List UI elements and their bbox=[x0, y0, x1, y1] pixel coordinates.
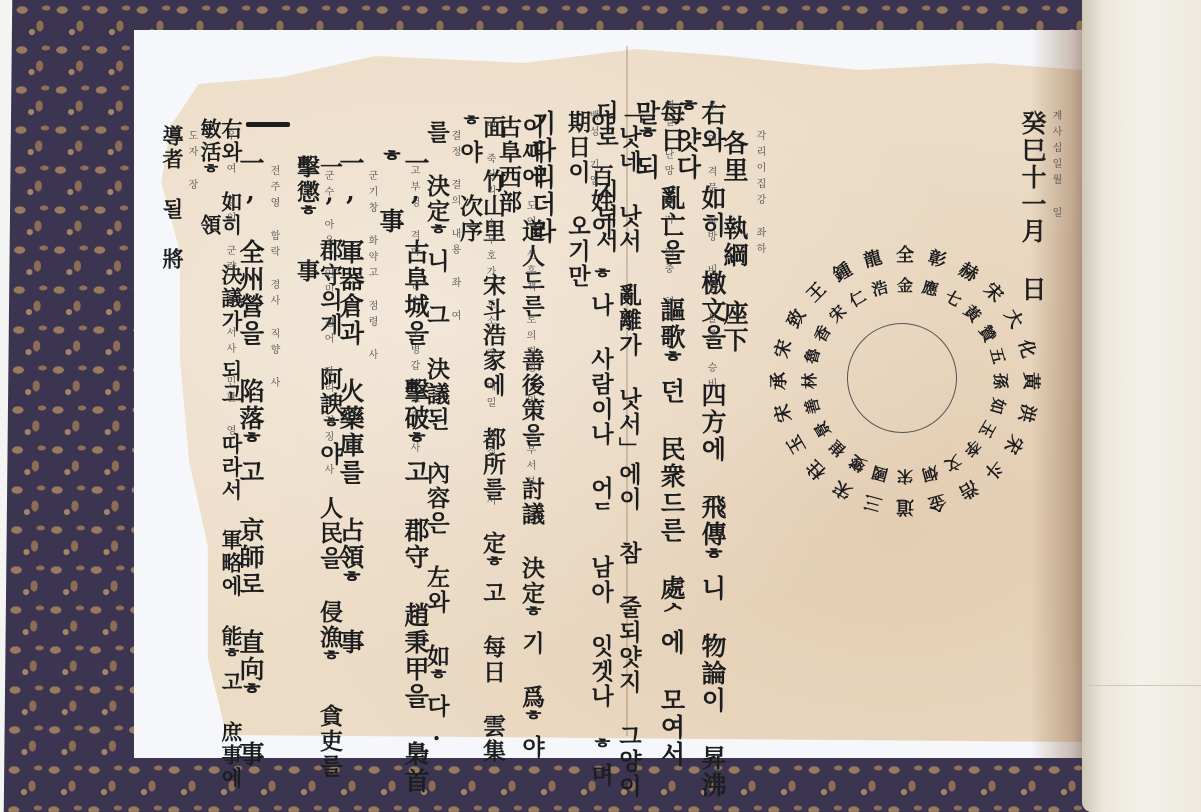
gloss: 매일 난망 구가 민중 처처 bbox=[660, 100, 675, 328]
signature-char: 炯 bbox=[915, 458, 944, 487]
signature-char: 龍 bbox=[858, 246, 887, 275]
gloss: 전주영 함락 경사 직향 사 bbox=[266, 165, 281, 393]
signature-char: 金 bbox=[923, 487, 952, 516]
signature-char: 道 bbox=[893, 494, 917, 518]
signature-char: 大 bbox=[997, 302, 1030, 335]
signature-char: 承 bbox=[768, 369, 792, 393]
signature-char: 孫 bbox=[988, 369, 1012, 393]
signature-char: 三 bbox=[858, 487, 887, 516]
signature-char: 彰 bbox=[923, 246, 952, 275]
signature-char: 柱 bbox=[800, 452, 834, 486]
gloss: 각리이집강 좌하 bbox=[752, 130, 767, 259]
signature-char: 五 bbox=[982, 342, 1011, 371]
signature-char: 宋 bbox=[976, 276, 1010, 310]
center-circle bbox=[847, 323, 957, 433]
signature-char: 林 bbox=[798, 369, 822, 393]
signature-char: 宋 bbox=[997, 427, 1030, 460]
signature-char: 鍾 bbox=[826, 256, 859, 289]
gloss: 결정 결의 내용 좌 여 bbox=[447, 130, 462, 326]
gloss: 면 죽산리 송두호가 도소 정 매일 운집 차서 bbox=[482, 120, 497, 511]
signature-char: 赫 bbox=[951, 256, 984, 289]
text-column: 導者 될 將 bbox=[162, 125, 183, 271]
text-column: 야 百姓이 ᄒ나 사람이나 어ᄃ 남아 잇겟나 ᄒ며 期日이 오기만 bbox=[566, 110, 612, 812]
sabal-signature-circle: 全彰赫宋大化黃洪宋斗浩金道三宋柱玉宋承宋致王鍾龍金應七黃贊五孫如玉李文炯宋國燮崔… bbox=[760, 236, 1050, 526]
signature-char: 浩 bbox=[951, 473, 984, 506]
gloss: 우 여 결의 군략 능 서사 민활 영 bbox=[222, 130, 237, 441]
signature-char: 金 bbox=[893, 274, 917, 298]
gloss: 도인 선후책 토의결정 위 고부서부 bbox=[522, 200, 537, 492]
text-column: 面 竹山里 宋斗浩家에 都所를 定ᄒ고 每日 雲集ᄒ야 次序 bbox=[458, 115, 504, 812]
scroll-shadow bbox=[1030, 30, 1090, 758]
scroll-seam bbox=[1082, 685, 1201, 686]
signature-char: 致 bbox=[780, 302, 813, 335]
signature-char: 王 bbox=[800, 276, 834, 310]
gloss: 우 여 격문 사방 비전 물론 승비 bbox=[703, 100, 718, 394]
rolled-scroll bbox=[1082, 0, 1201, 812]
gloss: 군수 아유 인민 침어 탐리 격징 사 bbox=[320, 170, 335, 480]
gloss: 군기창 화약고 점령 사 bbox=[364, 170, 379, 365]
signature-char: 宋 bbox=[893, 464, 917, 488]
gloss: 도자 장 bbox=[184, 130, 199, 195]
signature-char: 宋 bbox=[826, 473, 859, 506]
horizontal-stroke bbox=[246, 122, 290, 127]
signature-char: 宋 bbox=[770, 399, 799, 428]
signature-char: 玉 bbox=[780, 427, 813, 460]
gloss: 백성 기일 bbox=[585, 110, 600, 191]
signature-char: 宋 bbox=[770, 334, 799, 363]
gloss: 고부성 격파 군수 조병갑 효수 사 bbox=[406, 165, 421, 458]
signature-char: 浩 bbox=[866, 275, 895, 304]
signature-char: 斗 bbox=[976, 452, 1010, 486]
signature-char: 全 bbox=[893, 244, 917, 268]
